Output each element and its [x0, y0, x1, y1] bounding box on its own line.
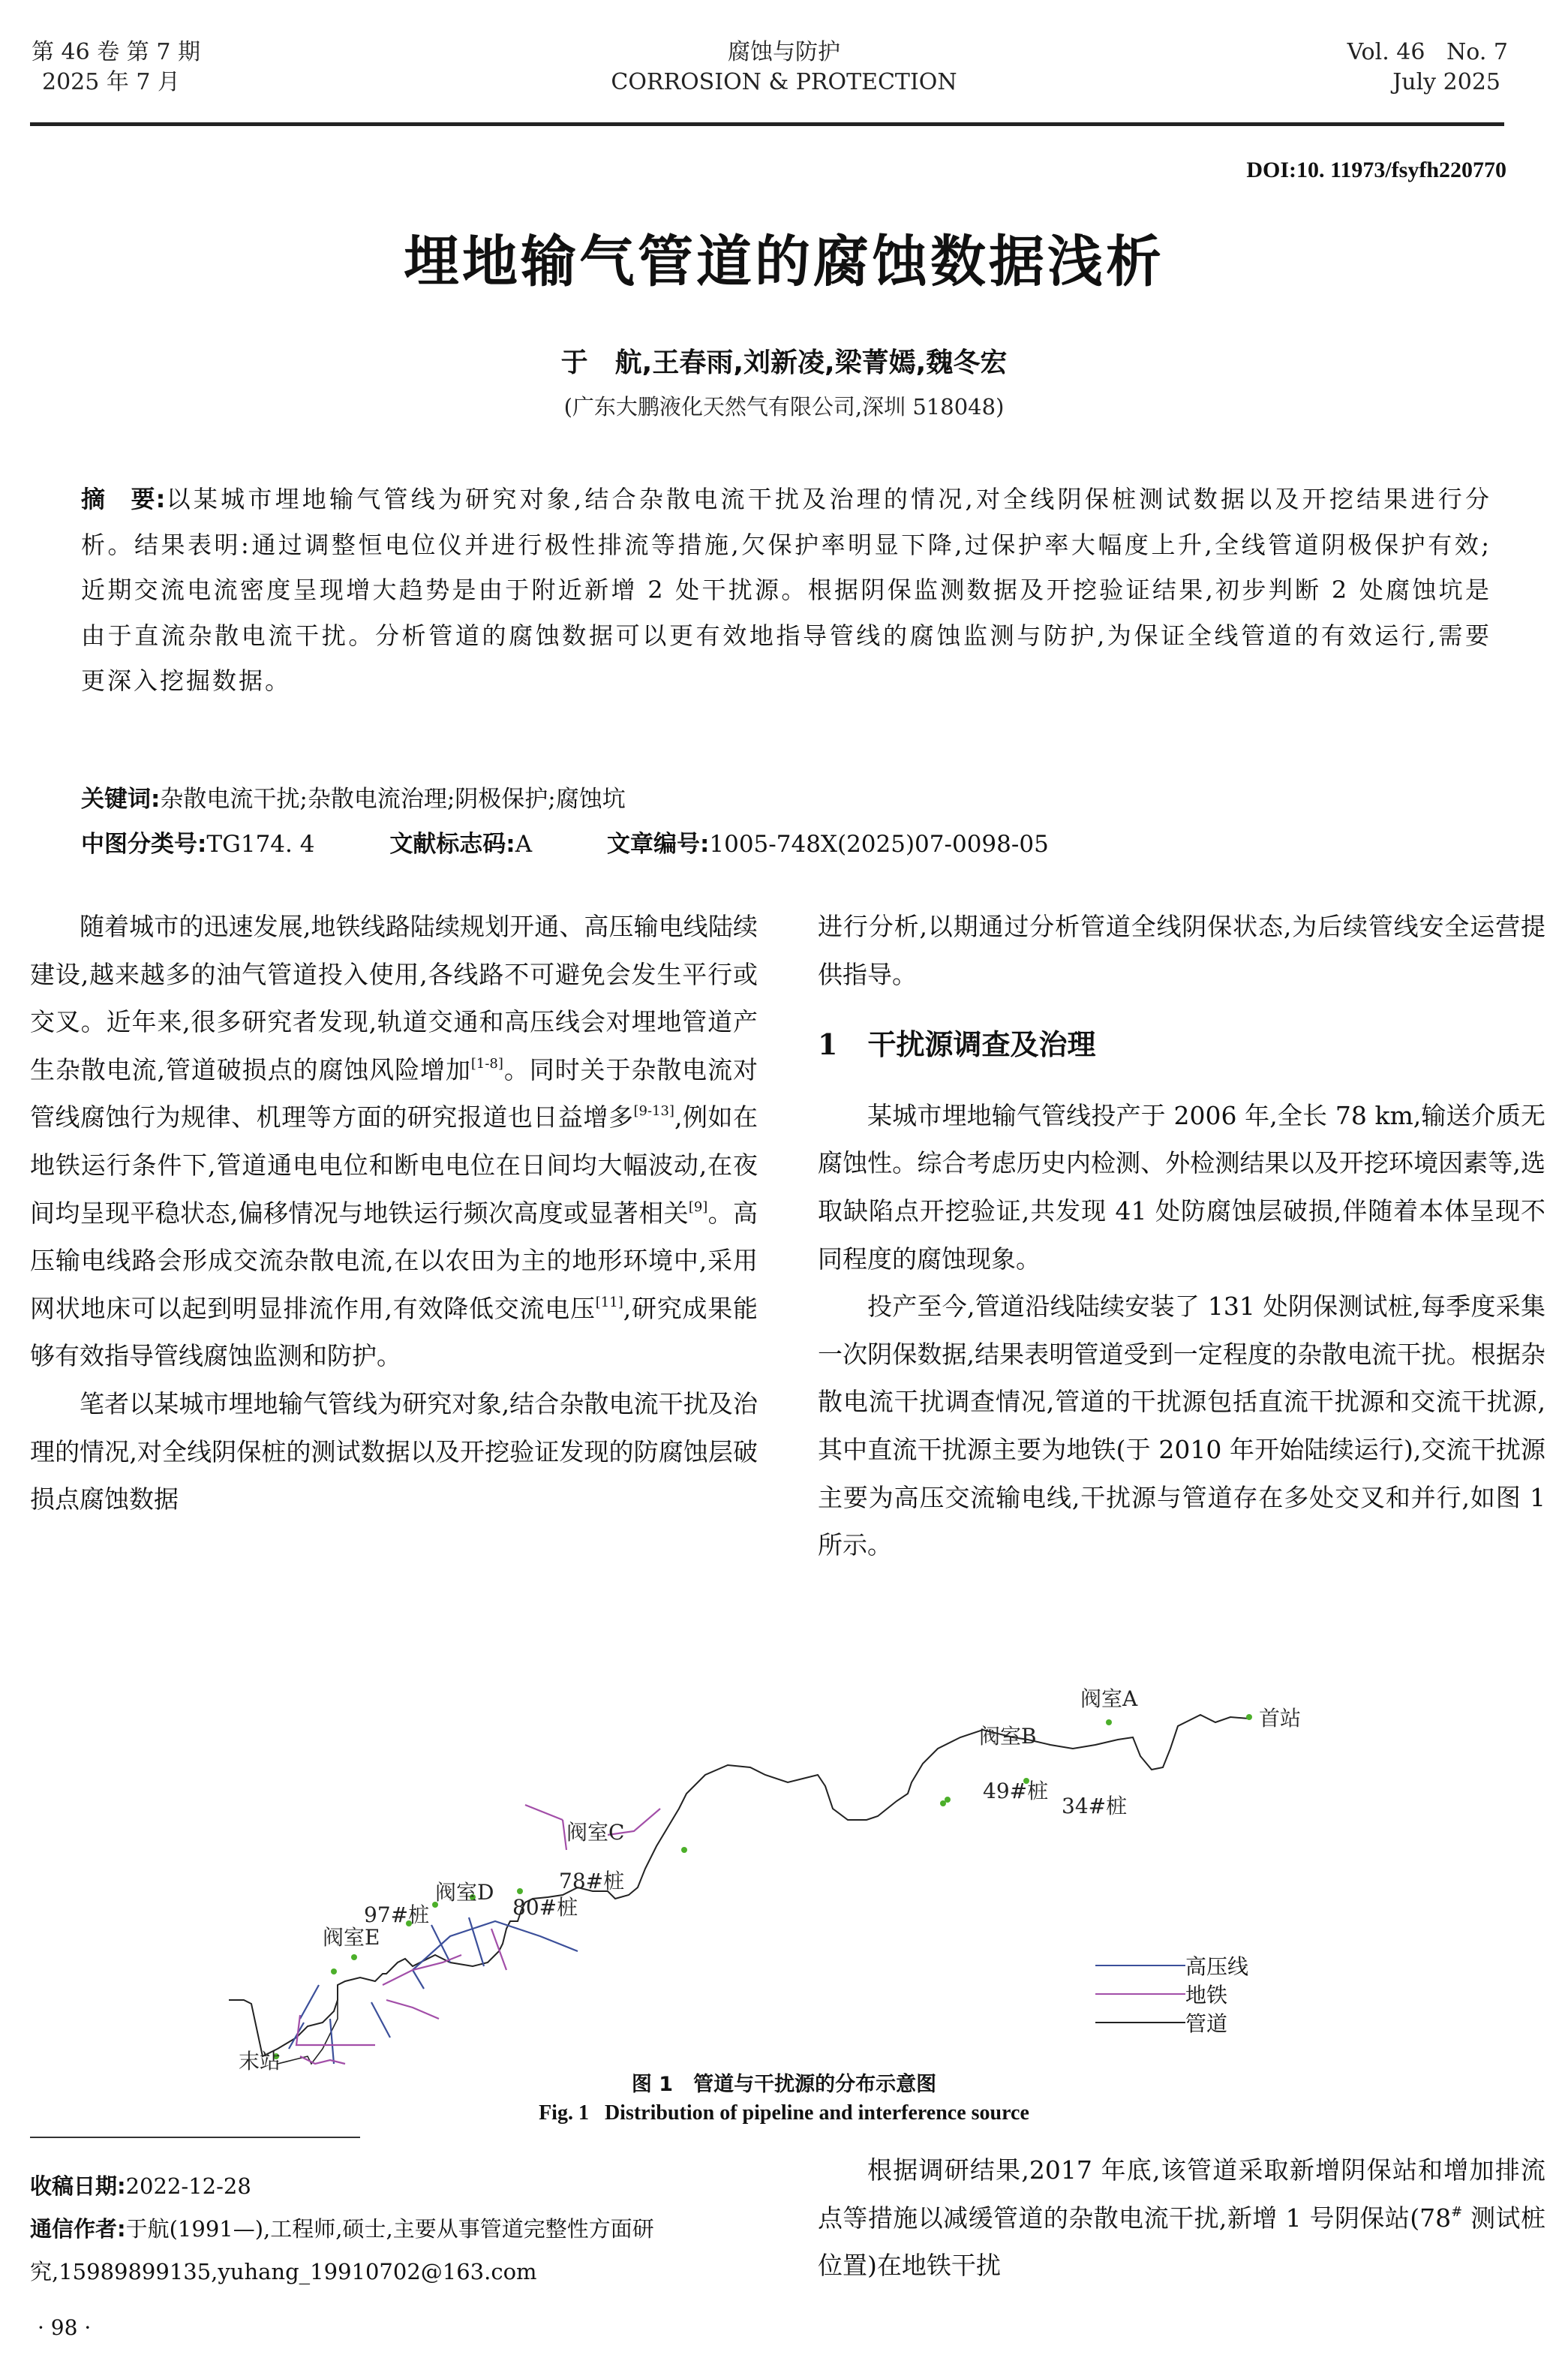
- article-no-label: 文章编号:: [607, 831, 709, 858]
- running-header-center: 腐蚀与防护 CORROSION & PROTECTION: [0, 38, 1568, 98]
- citation[interactable]: [9-13]: [633, 1103, 674, 1119]
- author-list: 于 航,王春雨,刘新凌,梁菁嫣,魏冬宏: [0, 341, 1568, 380]
- figure-legend: 高压线 地铁 管道: [1095, 1951, 1248, 2037]
- body-column-right-continued: 根据调研结果,2017 年底,该管道采取新增阴保站和增加排流点等措施以减缓管道的…: [818, 2146, 1545, 2290]
- label-valve-c: 阀室C: [566, 1816, 624, 1846]
- label-pile-78: 78#桩: [559, 1865, 624, 1895]
- section-number: 1: [818, 1027, 837, 1061]
- paragraph: 进行分析,以期通过分析管道全线阴保状态,为后续管线安全运营提供指导。: [818, 903, 1545, 998]
- citation[interactable]: [9]: [689, 1199, 708, 1215]
- body-column-right: 进行分析,以期通过分析管道全线阴保状态,为后续管线安全运营提供指导。 1干扰源调…: [818, 903, 1545, 1569]
- label-pile-49: 49#桩: [983, 1775, 1048, 1805]
- journal-name-cn: 腐蚀与防护: [0, 38, 1568, 68]
- page-number: · 98 ·: [38, 2315, 91, 2340]
- journal-name-en: CORROSION & PROTECTION: [0, 68, 1568, 98]
- footnote-rule: [30, 2137, 360, 2138]
- doi[interactable]: DOI:10. 11973/fsyfh220770: [1246, 158, 1506, 183]
- legend-item-pipeline: 管道: [1095, 2008, 1248, 2037]
- legend-item-high-voltage: 高压线: [1095, 1951, 1248, 1980]
- affiliation: (广东大鹏液化天然气有限公司,深圳 518048): [0, 390, 1568, 421]
- footnote: 收稿日期:2022-12-28 通信作者:于航(1991—),工程师,硕士,主要…: [30, 2165, 765, 2293]
- classification-meta: 中图分类号:TG174. 4 文献标志码:A 文章编号:1005-748X(20…: [81, 822, 1049, 867]
- legend-item-metro: 地铁: [1095, 1980, 1248, 2008]
- running-header-right: Vol. 46 No. 7 July 2025: [1347, 38, 1508, 98]
- abstract: 摘 要:以某城市埋地输气管线为研究对象,结合杂散电流干扰及治理的情况,对全线阴保…: [81, 477, 1491, 704]
- doc-code-label: 文献标志码:: [389, 831, 515, 858]
- figure-pipeline-map: 首站 阀室A 阀室B 49#桩 34#桩 阀室C 78#桩 80#桩 阀室D 9…: [225, 1704, 1350, 2079]
- article-no-value: 1005-748X(2025)07-0098-05: [709, 831, 1048, 858]
- keywords-text: 杂散电流干扰;杂散电流治理;阴极保护;腐蚀坑: [160, 786, 625, 813]
- label-valve-b: 阀室B: [979, 1720, 1037, 1750]
- clc-label: 中图分类号:: [81, 831, 206, 858]
- label-pile-80: 80#桩: [512, 1891, 578, 1921]
- section-title: 干扰源调查及治理: [867, 1028, 1095, 1061]
- citation[interactable]: [11]: [596, 1295, 623, 1310]
- figure-caption-en: Fig. 1 Distribution of pipeline and inte…: [0, 2101, 1568, 2125]
- legend-swatch: [1095, 1965, 1185, 1966]
- section-heading: 1干扰源调查及治理: [818, 1021, 1545, 1069]
- paragraph: 根据调研结果,2017 年底,该管道采取新增阴保站和增加排流点等措施以减缓管道的…: [818, 2146, 1545, 2290]
- legend-swatch: [1095, 1993, 1185, 1995]
- header-rule: [30, 122, 1504, 126]
- received-date: 收稿日期:2022-12-28: [30, 2165, 765, 2208]
- label-valve-e: 阀室E: [323, 1921, 380, 1951]
- keywords-label: 关键词:: [81, 786, 160, 813]
- figure-caption-cn: 图 1 管道与干扰源的分布示意图: [0, 2068, 1568, 2097]
- date-en: July 2025: [1347, 68, 1508, 98]
- keywords: 关键词:杂散电流干扰;杂散电流治理;阴极保护;腐蚀坑: [81, 777, 626, 822]
- clc-value: TG174. 4: [206, 831, 314, 858]
- volume-issue-en: Vol. 46 No. 7: [1347, 38, 1508, 68]
- label-pile-34: 34#桩: [1062, 1790, 1127, 1820]
- corresponding-author: 通信作者:于航(1991—),工程师,硕士,主要从事管道完整性方面研究,1598…: [30, 2208, 765, 2293]
- legend-swatch: [1095, 2022, 1185, 2023]
- abstract-label: 摘 要:: [81, 485, 165, 513]
- label-valve-d: 阀室D: [435, 1876, 494, 1906]
- paragraph: 随着城市的迅速发展,地铁线路陆续规划开通、高压输电线陆续建设,越来越多的油气管道…: [30, 903, 758, 1380]
- doc-code-value: A: [515, 831, 532, 858]
- body-column-left: 随着城市的迅速发展,地铁线路陆续规划开通、高压输电线陆续建设,越来越多的油气管道…: [30, 903, 758, 1523]
- paragraph: 笔者以某城市埋地输气管线为研究对象,结合杂散电流干扰及治理的情况,对全线阴保桩的…: [30, 1380, 758, 1523]
- citation[interactable]: [1-8]: [471, 1056, 503, 1072]
- article-title: 埋地输气管道的腐蚀数据浅析: [0, 218, 1568, 297]
- abstract-text: 以某城市埋地输气管线为研究对象,结合杂散电流干扰及治理的情况,对全线阴保桩测试数…: [81, 485, 1491, 695]
- label-start-station: 首站: [1259, 1702, 1301, 1732]
- paragraph: 投产至今,管道沿线陆续安装了 131 处阴保测试桩,每季度采集一次阴保数据,结果…: [818, 1283, 1545, 1569]
- pipeline-line-lower: [278, 1985, 338, 2064]
- label-valve-a: 阀室A: [1080, 1683, 1137, 1713]
- paragraph: 某城市埋地输气管线投产于 2006 年,全长 78 km,输送介质无腐蚀性。综合…: [818, 1092, 1545, 1283]
